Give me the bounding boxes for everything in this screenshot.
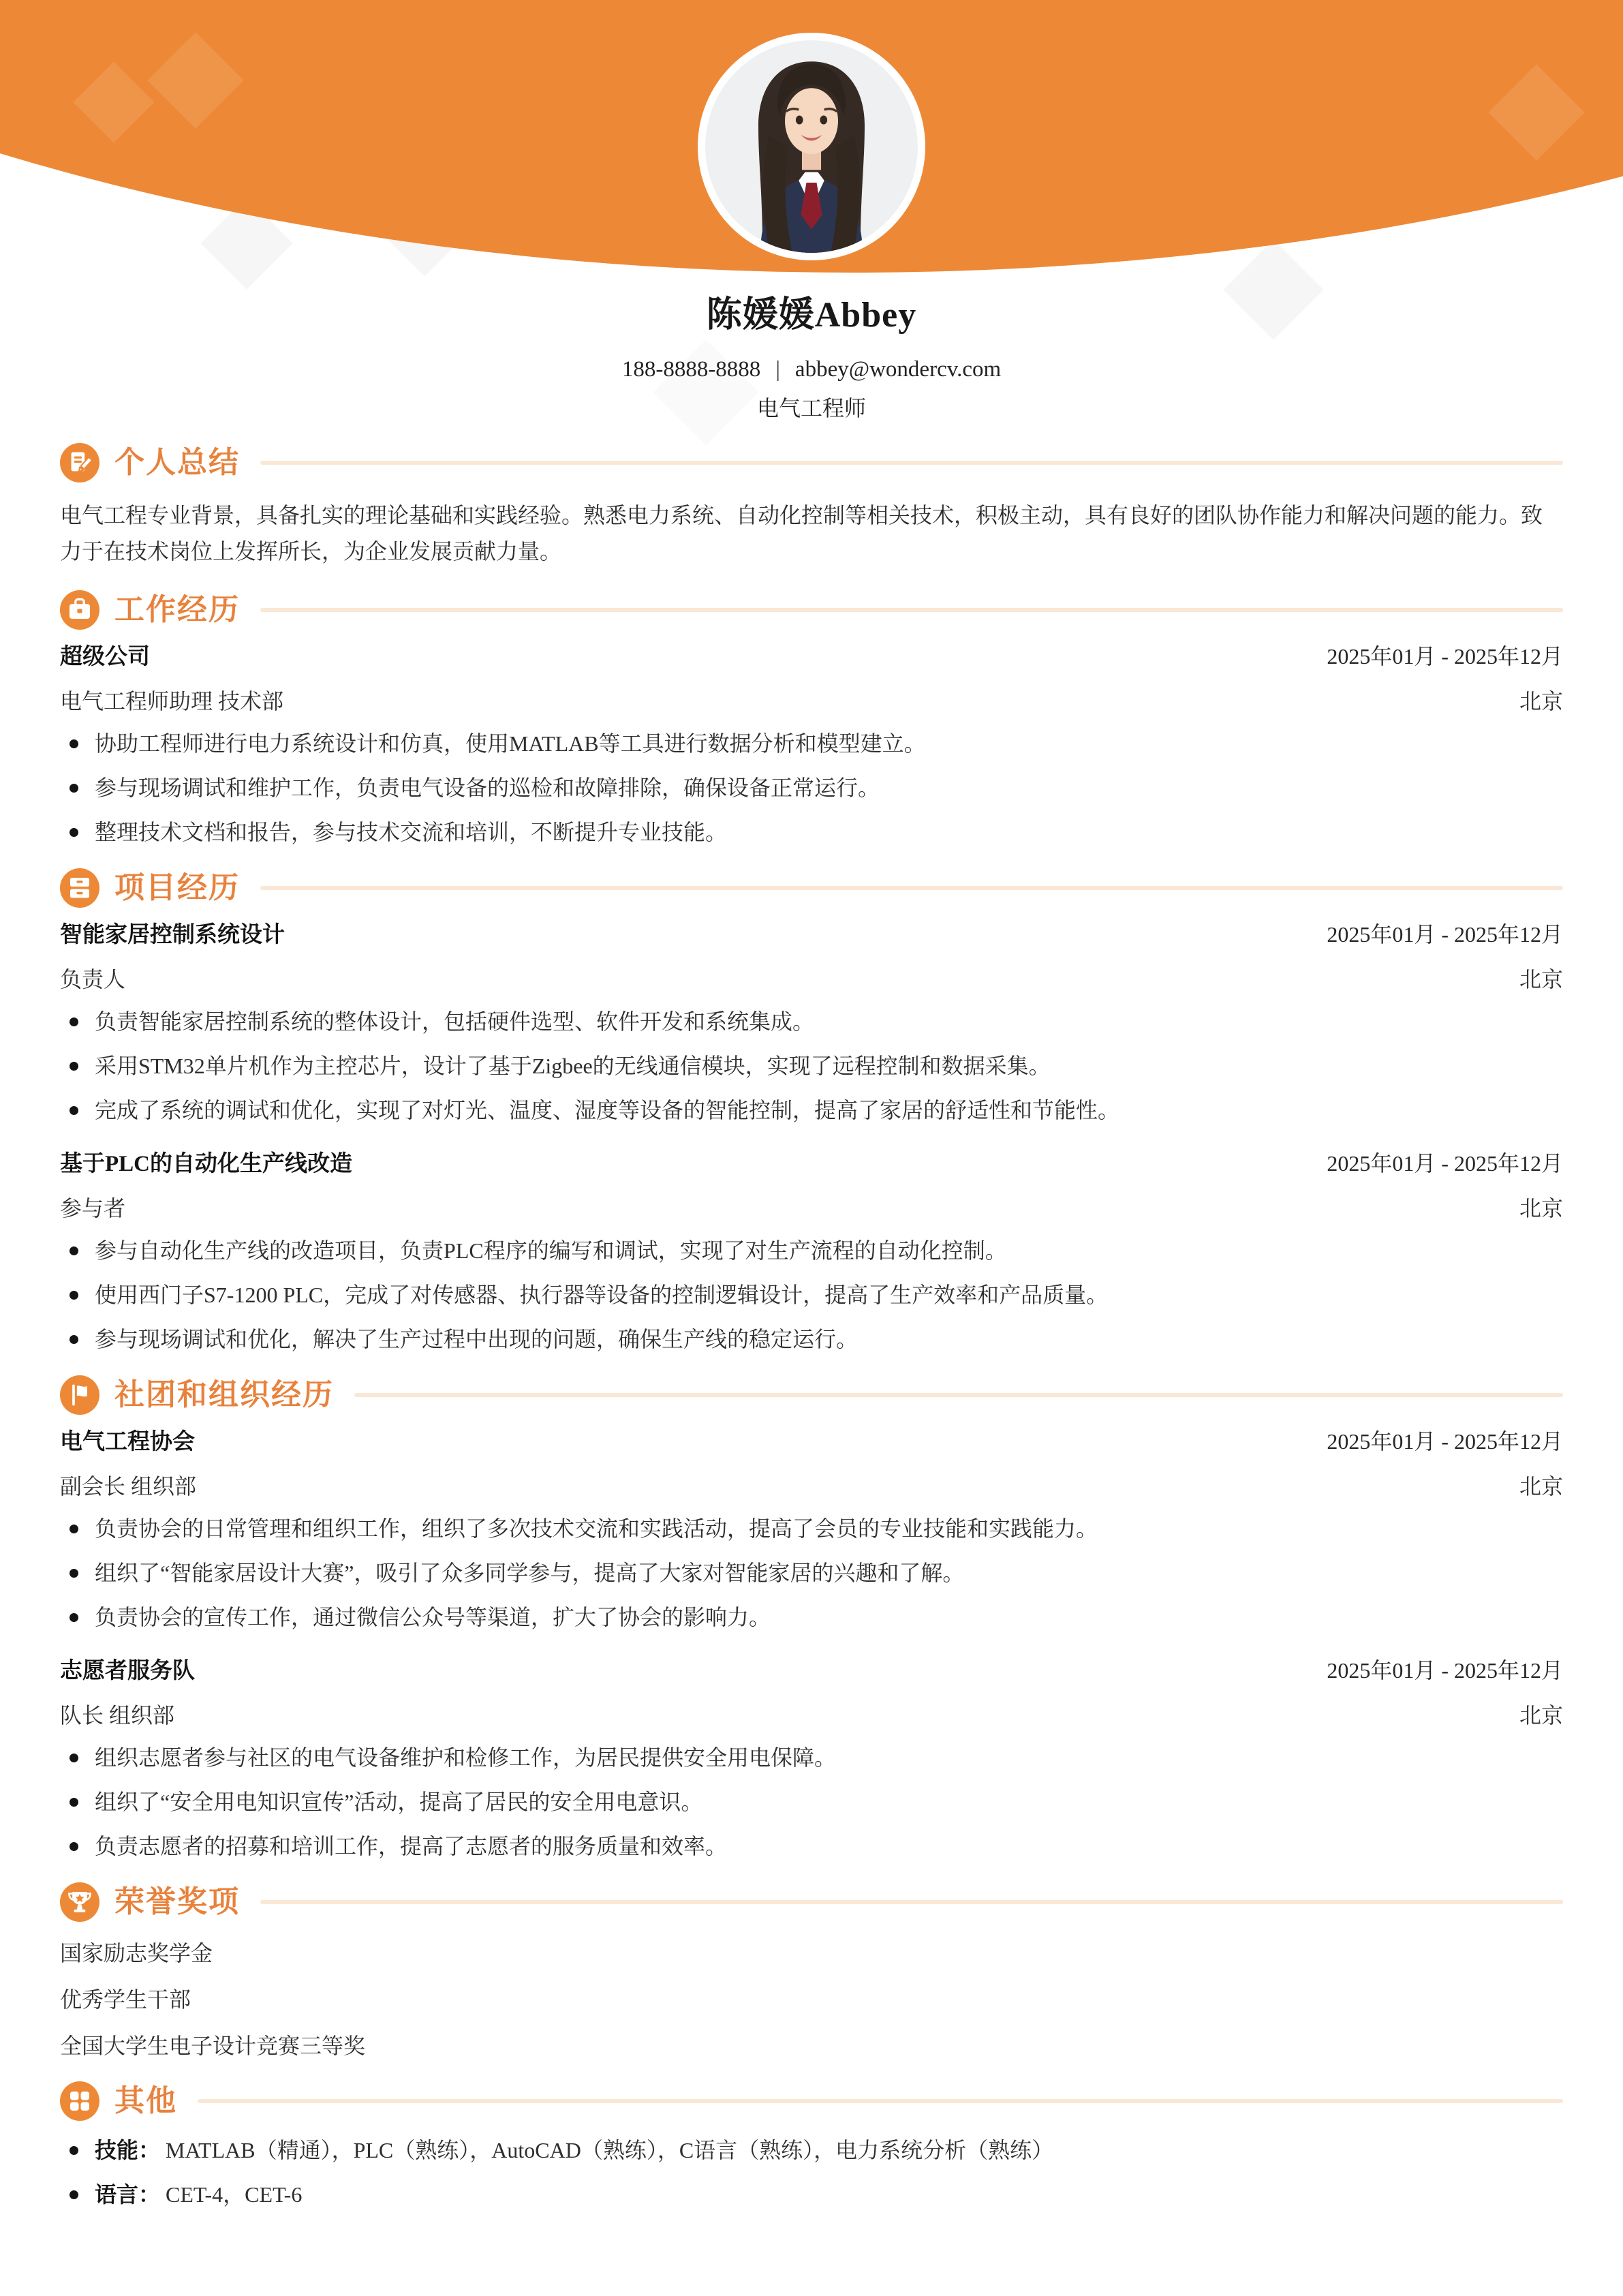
entry-date: 2025年01月 - 2025年12月 — [1327, 920, 1563, 949]
section-other-header: 其他 — [60, 2081, 1563, 2121]
entry-location: 北京 — [1519, 965, 1563, 994]
bullet-dot — [69, 739, 78, 748]
honor-list: 国家励志奖学金 优秀学生干部 全国大学生电子设计竞赛三等奖 — [60, 1938, 1563, 2061]
entry-date: 2025年01月 - 2025年12月 — [1327, 1149, 1563, 1178]
section-projects: 项目经历 智能家居控制系统设计 2025年01月 - 2025年12月 负责人 … — [60, 868, 1563, 1355]
bullet-text: 参与自动化生产线的改造项目，负责PLC程序的编写和调试，实现了对生产流程的自动化… — [95, 1235, 1007, 1266]
bullet-item: 负责协会的日常管理和组织工作，组织了多次技术交流和实践活动，提高了会员的专业技能… — [60, 1513, 1563, 1544]
entry-header-row: 基于PLC的自动化生产线改造 2025年01月 - 2025年12月 — [60, 1149, 1563, 1178]
bullet-dot — [69, 2146, 78, 2155]
bullet-text: 负责智能家居控制系统的整体设计，包括硬件选型、软件开发和系统集成。 — [95, 1006, 814, 1037]
section-divider — [354, 1393, 1563, 1397]
entry-subheader-row: 负责人 北京 — [60, 965, 1563, 994]
entry-date: 2025年01月 - 2025年12月 — [1327, 1656, 1563, 1685]
section-projects-header: 项目经历 — [60, 868, 1563, 908]
section-honors: 荣誉奖项 国家励志奖学金 优秀学生干部 全国大学生电子设计竞赛三等奖 — [60, 1882, 1563, 2061]
section-work-title: 工作经历 — [114, 590, 240, 630]
entry-date: 2025年01月 - 2025年12月 — [1327, 642, 1563, 671]
bullet-dot — [69, 1062, 78, 1071]
bullet-item: 参与现场调试和优化，解决了生产过程中出现的问题，确保生产线的稳定运行。 — [60, 1323, 1563, 1355]
bullet-dot — [69, 1017, 78, 1026]
entry-header-row: 超级公司 2025年01月 - 2025年12月 — [60, 642, 1563, 671]
pencil-note-icon — [60, 443, 99, 483]
job-title: 电气工程师 — [60, 394, 1563, 423]
section-divider — [260, 608, 1563, 612]
entry-bullets: 参与自动化生产线的改造项目，负责PLC程序的编写和调试，实现了对生产流程的自动化… — [60, 1235, 1563, 1355]
section-summary: 个人总结 电气工程专业背景，具备扎实的理论基础和实践经验。熟悉电力系统、自动化控… — [60, 443, 1563, 570]
skill-label: 技能： — [95, 2138, 160, 2162]
grid-icon — [60, 2081, 99, 2121]
bullet-dot — [69, 1106, 78, 1115]
entry-location: 北京 — [1519, 687, 1563, 716]
skill-value: MATLAB（精通），PLC（熟练），AutoCAD（熟练），C语言（熟练），电… — [166, 2138, 1053, 2162]
resume-page: { "colors": { "accent": "#ED8936", "divi… — [0, 0, 1623, 2296]
section-organizations-header: 社团和组织经历 — [60, 1375, 1563, 1415]
summary-text: 电气工程专业背景，具备扎实的理论基础和实践经验。熟悉电力系统、自动化控制等相关技… — [60, 498, 1563, 570]
language-text: 语言：CET-4，CET-6 — [95, 2179, 302, 2210]
section-divider — [198, 2099, 1563, 2103]
section-honors-header: 荣誉奖项 — [60, 1882, 1563, 1922]
bullet-dot — [69, 1335, 78, 1344]
resume-content: 陈媛媛Abbey 188-8888-8888|abbey@wondercv.co… — [0, 0, 1623, 2210]
company-name: 超级公司 — [60, 643, 150, 671]
bullet-dot — [69, 1291, 78, 1300]
briefcase-icon — [60, 590, 99, 630]
entry-bullets: 组织志愿者参与社区的电气设备维护和检修工作，为居民提供安全用电保障。 组织了“安… — [60, 1742, 1563, 1862]
language-item: 语言：CET-4，CET-6 — [60, 2179, 1563, 2210]
entry-role: 副会长 组织部 — [60, 1472, 196, 1501]
bullet-dot — [69, 1246, 78, 1255]
bullet-text: 协助工程师进行电力系统设计和仿真，使用MATLAB等工具进行数据分析和模型建立。 — [95, 728, 926, 759]
entry-header-row: 志愿者服务队 2025年01月 - 2025年12月 — [60, 1656, 1563, 1685]
entry-role: 参与者 — [60, 1194, 125, 1223]
bullet-item: 组织了“智能家居设计大赛”，吸引了众多同学参与，提高了大家对智能家居的兴趣和了解… — [60, 1557, 1563, 1589]
section-divider — [260, 461, 1563, 465]
bullet-dot — [69, 1613, 78, 1622]
entry-bullets: 负责智能家居控制系统的整体设计，包括硬件选型、软件开发和系统集成。 采用STM3… — [60, 1006, 1563, 1126]
bullet-dot — [69, 1569, 78, 1578]
other-list: 技能：MATLAB（精通），PLC（熟练），AutoCAD（熟练），C语言（熟练… — [60, 2134, 1563, 2210]
bullet-text: 组织志愿者参与社区的电气设备维护和检修工作，为居民提供安全用电保障。 — [95, 1742, 836, 1773]
honor-item: 国家励志奖学金 — [60, 1938, 1563, 1968]
bullet-text: 采用STM32单片机作为主控芯片，设计了基于Zigbee的无线通信模块，实现了远… — [95, 1050, 1051, 1082]
bullet-item: 协助工程师进行电力系统设计和仿真，使用MATLAB等工具进行数据分析和模型建立。 — [60, 728, 1563, 759]
bullet-item: 负责志愿者的招募和培训工作，提高了志愿者的服务质量和效率。 — [60, 1831, 1563, 1862]
bullet-dot — [69, 2190, 78, 2199]
bullet-item: 完成了系统的调试和优化，实现了对灯光、温度、湿度等设备的智能控制，提高了家居的舒… — [60, 1095, 1563, 1126]
person-name: 陈媛媛Abbey — [60, 0, 1563, 339]
organization-entry: 电气工程协会 2025年01月 - 2025年12月 副会长 组织部 北京 负责… — [60, 1427, 1563, 1633]
bullet-item: 组织了“安全用电知识宣传”活动，提高了居民的安全用电意识。 — [60, 1786, 1563, 1818]
bullet-item: 参与现场调试和维护工作，负责电气设备的巡检和故障排除，确保设备正常运行。 — [60, 772, 1563, 803]
section-summary-title: 个人总结 — [114, 443, 240, 483]
section-other-title: 其他 — [114, 2081, 177, 2121]
bullet-dot — [69, 1525, 78, 1533]
language-value: CET-4，CET-6 — [166, 2182, 302, 2207]
skill-item: 技能：MATLAB（精通），PLC（熟练），AutoCAD（熟练），C语言（熟练… — [60, 2134, 1563, 2166]
archive-box-icon — [60, 868, 99, 908]
trophy-icon — [60, 1882, 99, 1922]
section-other: 其他 技能：MATLAB（精通），PLC（熟练），AutoCAD（熟练），C语言… — [60, 2081, 1563, 2210]
bullet-item: 负责智能家居控制系统的整体设计，包括硬件选型、软件开发和系统集成。 — [60, 1006, 1563, 1037]
entry-bullets: 协助工程师进行电力系统设计和仿真，使用MATLAB等工具进行数据分析和模型建立。… — [60, 728, 1563, 848]
entry-subheader-row: 副会长 组织部 北京 — [60, 1472, 1563, 1501]
bullet-dot — [69, 828, 78, 837]
entry-subheader-row: 参与者 北京 — [60, 1194, 1563, 1223]
section-organizations-title: 社团和组织经历 — [114, 1375, 334, 1415]
entry-header-row: 智能家居控制系统设计 2025年01月 - 2025年12月 — [60, 920, 1563, 949]
bullet-text: 负责协会的宣传工作，通过微信公众号等渠道，扩大了协会的影响力。 — [95, 1602, 771, 1633]
entry-location: 北京 — [1519, 1472, 1563, 1501]
section-projects-title: 项目经历 — [114, 868, 240, 908]
bullet-text: 组织了“智能家居设计大赛”，吸引了众多同学参与，提高了大家对智能家居的兴趣和了解… — [95, 1557, 964, 1589]
bullet-text: 使用西门子S7-1200 PLC，完成了对传感器、执行器等设备的控制逻辑设计，提… — [95, 1279, 1108, 1311]
work-entry: 超级公司 2025年01月 - 2025年12月 电气工程师助理 技术部 北京 … — [60, 642, 1563, 848]
skill-text: 技能：MATLAB（精通），PLC（熟练），AutoCAD（熟练），C语言（熟练… — [95, 2134, 1053, 2166]
identity-block: 陈媛媛Abbey 188-8888-8888|abbey@wondercv.co… — [60, 0, 1563, 423]
bullet-text: 参与现场调试和维护工作，负责电气设备的巡检和故障排除，确保设备正常运行。 — [95, 772, 880, 803]
bullet-dot — [69, 1798, 78, 1807]
entry-role: 负责人 — [60, 965, 125, 994]
bullet-item: 整理技术文档和报告，参与技术交流和培训，不断提升专业技能。 — [60, 816, 1563, 848]
entry-subheader-row: 队长 组织部 北京 — [60, 1701, 1563, 1730]
organization-name: 电气工程协会 — [60, 1428, 195, 1456]
section-divider — [260, 886, 1563, 890]
bullet-dot — [69, 1842, 78, 1851]
language-label: 语言： — [95, 2182, 160, 2207]
entry-location: 北京 — [1519, 1701, 1563, 1730]
section-work: 工作经历 超级公司 2025年01月 - 2025年12月 电气工程师助理 技术… — [60, 590, 1563, 848]
project-name: 基于PLC的自动化生产线改造 — [60, 1150, 352, 1178]
entry-bullets: 负责协会的日常管理和组织工作，组织了多次技术交流和实践活动，提高了会员的专业技能… — [60, 1513, 1563, 1633]
bullet-text: 负责协会的日常管理和组织工作，组织了多次技术交流和实践活动，提高了会员的专业技能… — [95, 1513, 1098, 1544]
bullet-text: 参与现场调试和优化，解决了生产过程中出现的问题，确保生产线的稳定运行。 — [95, 1323, 858, 1355]
bullet-text: 组织了“安全用电知识宣传”活动，提高了居民的安全用电意识。 — [95, 1786, 702, 1818]
project-name: 智能家居控制系统设计 — [60, 921, 285, 949]
honor-item: 全国大学生电子设计竞赛三等奖 — [60, 2031, 1563, 2061]
organization-name: 志愿者服务队 — [60, 1657, 195, 1685]
section-organizations: 社团和组织经历 电气工程协会 2025年01月 - 2025年12月 副会长 组… — [60, 1375, 1563, 1862]
honor-item: 优秀学生干部 — [60, 1985, 1563, 2015]
bullet-text: 整理技术文档和报告，参与技术交流和培训，不断提升专业技能。 — [95, 816, 727, 848]
section-work-header: 工作经历 — [60, 590, 1563, 630]
entry-role: 队长 组织部 — [60, 1701, 174, 1730]
email-address: abbey@wondercv.com — [795, 357, 1001, 382]
bullet-dot — [69, 1754, 78, 1762]
entry-header-row: 电气工程协会 2025年01月 - 2025年12月 — [60, 1427, 1563, 1456]
bullet-item: 组织志愿者参与社区的电气设备维护和检修工作，为居民提供安全用电保障。 — [60, 1742, 1563, 1773]
contact-separator: | — [775, 354, 780, 384]
bullet-item: 负责协会的宣传工作，通过微信公众号等渠道，扩大了协会的影响力。 — [60, 1602, 1563, 1633]
entry-subheader-row: 电气工程师助理 技术部 北京 — [60, 687, 1563, 716]
section-summary-header: 个人总结 — [60, 443, 1563, 483]
section-divider — [260, 1900, 1563, 1904]
section-honors-title: 荣誉奖项 — [114, 1882, 240, 1922]
bullet-item: 参与自动化生产线的改造项目，负责PLC程序的编写和调试，实现了对生产流程的自动化… — [60, 1235, 1563, 1266]
organization-entry: 志愿者服务队 2025年01月 - 2025年12月 队长 组织部 北京 组织志… — [60, 1656, 1563, 1862]
flag-icon — [60, 1375, 99, 1415]
entry-date: 2025年01月 - 2025年12月 — [1327, 1427, 1563, 1456]
contact-line: 188-8888-8888|abbey@wondercv.com — [60, 354, 1563, 384]
project-entry: 智能家居控制系统设计 2025年01月 - 2025年12月 负责人 北京 负责… — [60, 920, 1563, 1126]
phone-number: 188-8888-8888 — [622, 357, 760, 382]
bullet-item: 使用西门子S7-1200 PLC，完成了对传感器、执行器等设备的控制逻辑设计，提… — [60, 1279, 1563, 1311]
bullet-text: 负责志愿者的招募和培训工作，提高了志愿者的服务质量和效率。 — [95, 1831, 727, 1862]
entry-location: 北京 — [1519, 1194, 1563, 1223]
bullet-item: 采用STM32单片机作为主控芯片，设计了基于Zigbee的无线通信模块，实现了远… — [60, 1050, 1563, 1082]
entry-role: 电气工程师助理 技术部 — [60, 687, 283, 716]
project-entry: 基于PLC的自动化生产线改造 2025年01月 - 2025年12月 参与者 北… — [60, 1149, 1563, 1355]
bullet-text: 完成了系统的调试和优化，实现了对灯光、温度、湿度等设备的智能控制，提高了家居的舒… — [95, 1095, 1119, 1126]
bullet-dot — [69, 784, 78, 793]
